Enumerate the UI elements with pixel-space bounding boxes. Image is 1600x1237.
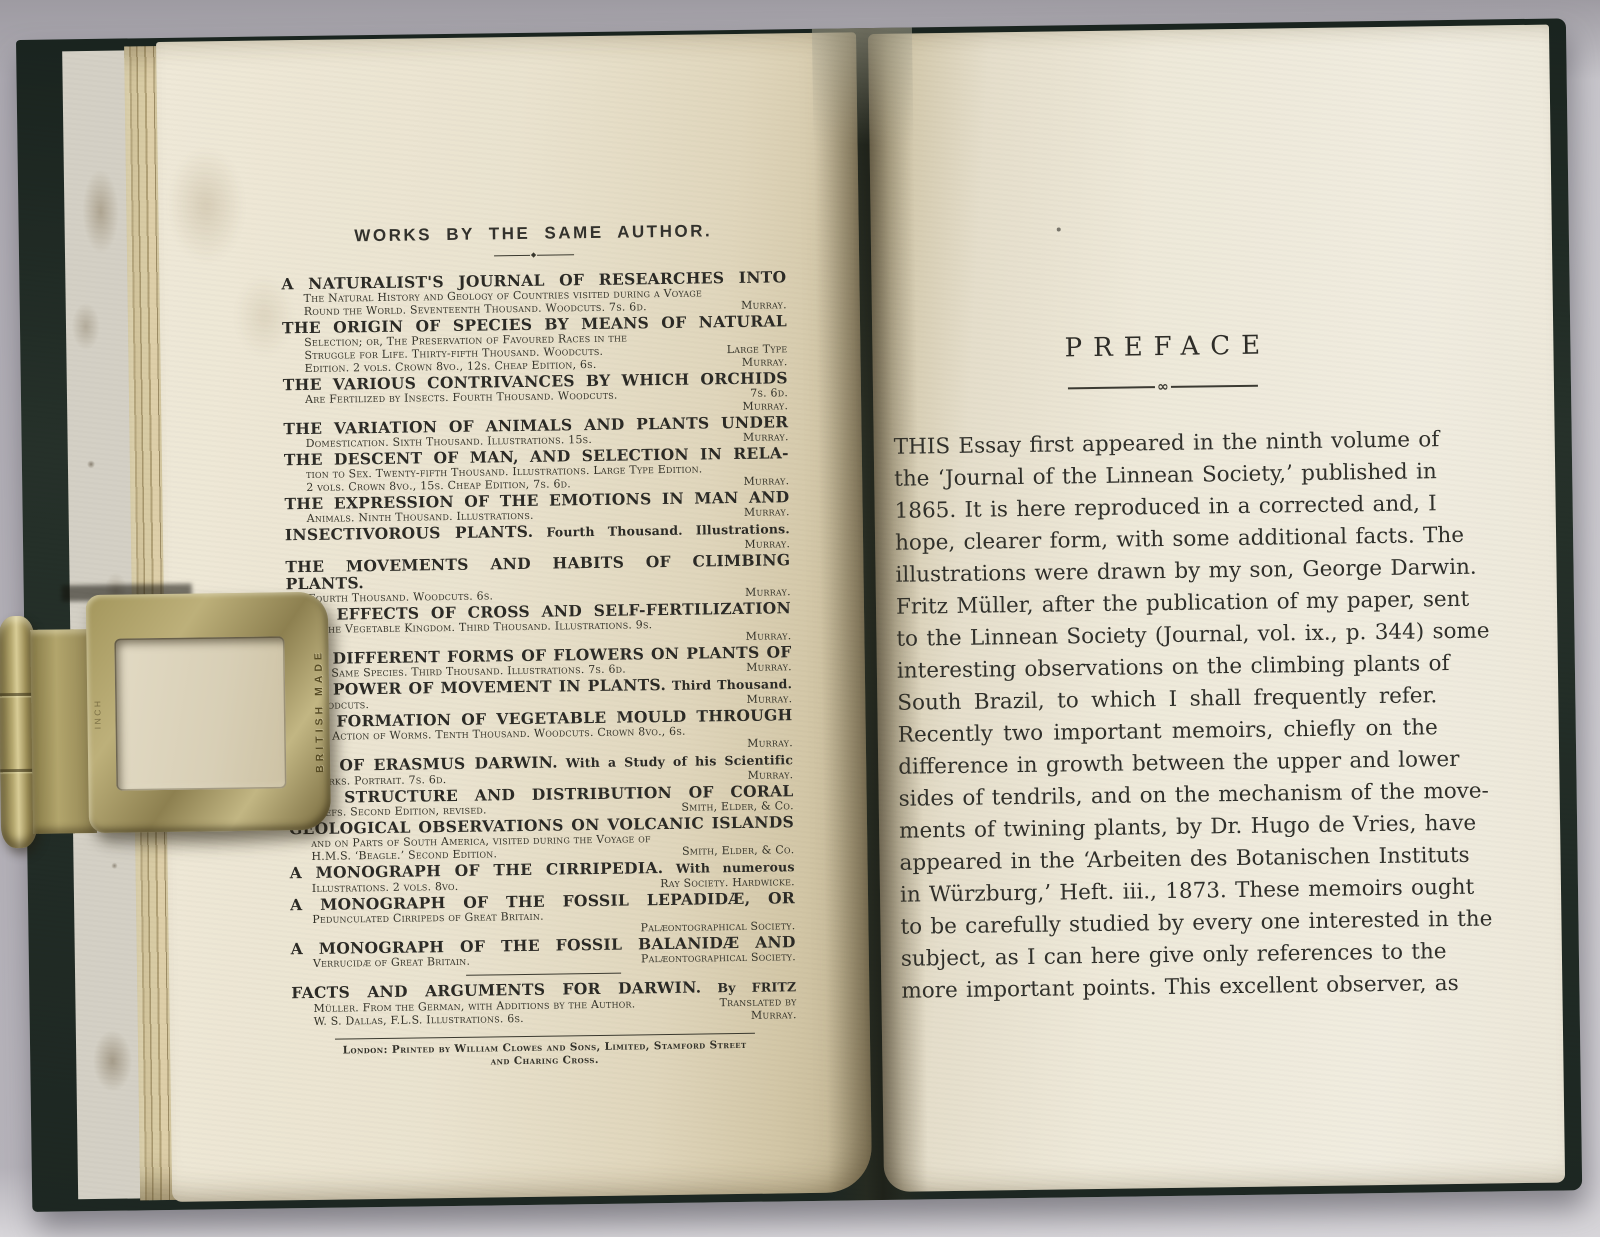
work-item: THE ORIGIN OF SPECIES BY MEANS OF NATURA… (282, 312, 788, 375)
preface-ornament-rule: ∞ (1068, 381, 1258, 394)
rule-segment (537, 254, 573, 256)
work-item: THE EFFECTS OF CROSS AND SELF-FERTILIZAT… (286, 599, 792, 649)
work-item: THE DESCENT OF MAN, AND SELECTION IN REL… (284, 444, 790, 494)
brass-clasp-buckle: INCH BRITISH MADE (86, 592, 331, 833)
work-item: FACTS AND ARGUMENTS FOR DARWIN. By FRITZ… (291, 977, 797, 1028)
knot-ornament-icon: ∞ (1155, 382, 1171, 392)
works-separator-rule (466, 973, 621, 976)
diamond-ornament-icon: ◆ (530, 252, 537, 259)
work-title-tail: By FRITZ (701, 979, 796, 995)
works-title: WORKS BY THE SAME AUTHOR. (281, 219, 786, 248)
work-item: THE VARIOUS CONTRIVANCES BY WHICH ORCHID… (283, 369, 789, 419)
rule-segment (494, 255, 530, 257)
rule-segment (1171, 385, 1258, 388)
work-item: THE FORMATION OF VEGETABLE MOULD THROUGH… (287, 706, 793, 756)
imprint-rule (334, 1033, 754, 1040)
title-ornament-rule: ◆ (494, 251, 574, 259)
work-item: THE MOVEMENTS AND HABITS OF CLIMBING PLA… (285, 551, 791, 605)
work-title-tail: With numerous (663, 859, 794, 876)
preface-line: more important points. This excellent ob… (901, 968, 1441, 1008)
preface-title: PREFACE (892, 326, 1432, 368)
gutter-shadow (812, 27, 928, 1200)
works-column: WORKS BY THE SAME AUTHOR. ◆ A NATURALIST… (281, 219, 798, 1071)
work-item: A NATURALIST'S JOURNAL OF RESEARCHES INT… (281, 268, 787, 318)
work-item: A MONOGRAPH OF THE FOSSIL BALANIDÆ ANDVe… (291, 933, 796, 970)
ink-speck (1057, 227, 1061, 231)
preface-text: THIS Essay first appeared in the ninth v… (894, 424, 1442, 1007)
clasp-stamp-inch: INCH (92, 698, 102, 729)
right-page: PREFACE ∞ THIS Essay first appeared in t… (868, 25, 1565, 1192)
printer-imprint: London: Printed by William Clowes and So… (292, 1032, 797, 1071)
works-list: A NATURALIST'S JOURNAL OF RESEARCHES INT… (281, 268, 796, 1028)
clasp-stamp-british-made: BRITISH MADE (312, 616, 327, 806)
work-title-tail: Third Thousand. (666, 676, 792, 693)
clasp-buckle-opening (114, 636, 286, 790)
work-item: A MONOGRAPH OF THE FOSSIL LEPADIDÆ, ORPe… (290, 889, 796, 939)
work-item: GEOLOGICAL OBSERVATIONS ON VOLCANIC ISLA… (289, 813, 795, 863)
open-book: WORKS BY THE SAME AUTHOR. ◆ A NATURALIST… (16, 18, 1582, 1212)
rule-segment (1068, 386, 1155, 389)
preface-column: PREFACE ∞ THIS Essay first appeared in t… (892, 326, 1441, 1007)
